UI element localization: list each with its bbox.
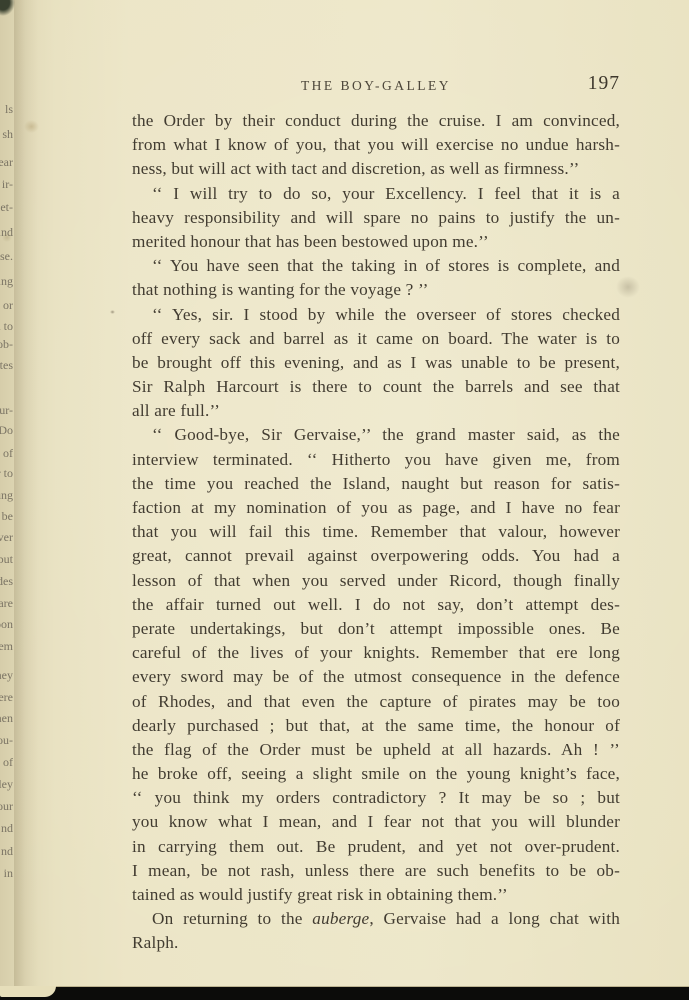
text-line: perate undertakings, but don’t attempt i… — [132, 617, 620, 641]
spine-text-fragment: but — [0, 553, 13, 565]
running-title: THE BOY-GALLEY — [132, 78, 620, 94]
spine-text-fragment: hen — [0, 712, 13, 724]
spine-text-fragment: y of — [0, 447, 13, 459]
text-line: in carrying them out. Be prudent, and ye… — [132, 835, 620, 859]
spine-text-fragment: d to — [0, 320, 13, 332]
text-line: that nothing is wanting for the voyage ?… — [132, 278, 620, 302]
text-line: faction at my nomination of you as page,… — [132, 496, 620, 520]
spine-text-fragment: ob- — [0, 338, 13, 350]
spine-text-fragment: in — [4, 867, 13, 879]
spine-text-fragment: ise. — [0, 250, 13, 262]
text-segment: , Gervaise had a long chat with — [369, 909, 620, 928]
spine-text-fragment: ing — [0, 275, 13, 287]
text-line: great, cannot prevail against overpoweri… — [132, 544, 620, 568]
text-line: interview terminated. ‘‘ Hitherto you ha… — [132, 448, 620, 472]
text-line: Sir Ralph Harcourt is there to count the… — [132, 375, 620, 399]
text-line: Ralph. — [132, 931, 620, 955]
spine-text-fragment: our- — [0, 404, 13, 416]
spine-text-fragment: l be — [0, 510, 13, 522]
text-line: I mean, be not rash, unless there are su… — [132, 859, 620, 883]
text-line: that you will fail this time. Remember t… — [132, 520, 620, 544]
text-line: every sword may be of the utmost consequ… — [132, 665, 620, 689]
text-line: On returning to the auberge, Gervaise ha… — [132, 907, 620, 931]
text-line: the flag of the Order must be upheld at … — [132, 738, 620, 762]
page-number: 197 — [588, 73, 620, 95]
spine-text-fragment: ou- — [0, 734, 13, 746]
text-line: heavy responsibility and will spare no p… — [132, 206, 620, 230]
italic-word: auberge — [312, 909, 369, 928]
spine-text-fragment: nd — [1, 822, 13, 834]
spine-text-fragment: ind — [0, 226, 13, 238]
text-line: all are full.’’ — [132, 399, 620, 423]
text-line: the Order by their conduct during the cr… — [132, 109, 620, 133]
spine-text-fragment: oon — [0, 618, 13, 630]
spine-text-fragment: ear — [0, 156, 13, 168]
spine-text-fragment: hem — [0, 640, 13, 652]
gutter-shadow — [14, 0, 38, 987]
text-line: ‘‘ Yes, sir. I stood by while the overse… — [132, 303, 620, 327]
spine-text-fragment: or — [3, 299, 13, 311]
spine-text-fragment: et- — [0, 201, 13, 213]
spine-text-fragment: ades — [0, 575, 13, 587]
spine-text-fragment: are — [0, 597, 13, 609]
text-line: ‘‘ I will try to do so, your Excellency.… — [132, 182, 620, 206]
spine-text-fragment: oung — [0, 489, 13, 501]
text-line: from what I know of you, that you will e… — [132, 133, 620, 157]
spine-text-fragment: ates — [0, 359, 13, 371]
text-line: merited honour that has been bestowed up… — [132, 230, 620, 254]
text-line: the affair turned out well. I do not say… — [132, 593, 620, 617]
spine-text-fragment: nd — [1, 845, 13, 857]
spine-text-fragment: our — [0, 800, 13, 812]
spine-text-fragment: ir- — [2, 178, 13, 190]
scan-bottom-edge — [0, 987, 689, 1000]
facing-page-edge: lsshearir-et-indise.ingord toob-atesour-… — [0, 0, 14, 987]
text-line: be brought off this evening, and as I wa… — [132, 351, 620, 375]
spine-text-fragment: y of — [0, 756, 13, 768]
text-segment: On returning to the — [152, 909, 312, 928]
text-line: careful of the lives of your knights. Re… — [132, 641, 620, 665]
text-block: the Order by their conduct during the cr… — [132, 109, 620, 956]
text-line: the time you reached the Island, naught … — [132, 472, 620, 496]
spine-text-fragment: ever — [0, 531, 13, 543]
text-line: ‘‘ you think my orders contradictory ? I… — [132, 786, 620, 810]
spine-text-fragment: hey — [0, 669, 13, 681]
text-line: ‘‘ Good-bye, Sir Gervaise,’’ the grand m… — [132, 423, 620, 447]
text-line: he broke off, seeing a slight smile on t… — [132, 762, 620, 786]
book-page-scan: lsshearir-et-indise.ingord toob-atesour-… — [0, 0, 689, 1000]
text-line: you know what I mean, and I fear not tha… — [132, 810, 620, 834]
text-line: ‘‘ You have seen that the taking in of s… — [132, 254, 620, 278]
page-bottom-corner — [0, 986, 56, 997]
text-line: dearly purchased ; but that, at the same… — [132, 714, 620, 738]
spine-text-fragment: were — [0, 691, 13, 703]
spine-text-fragment: ls — [5, 103, 13, 115]
spine-text-fragment: sh — [2, 128, 13, 140]
spine-text-fragment: r to — [0, 467, 13, 479]
text-line: tained as would justify great risk in ob… — [132, 883, 620, 907]
text-line: lesson of that when you served under Ric… — [132, 569, 620, 593]
ink-speck — [110, 310, 115, 314]
text-line: of Rhodes, and that even the capture of … — [132, 690, 620, 714]
page-header: THE BOY-GALLEY 197 — [132, 78, 620, 100]
text-line: off every sack and barrel as it came on … — [132, 327, 620, 351]
spine-text-fragment: ley — [0, 778, 13, 790]
text-line: ness, but will act with tact and discret… — [132, 157, 620, 181]
spine-text-fragment: Do — [0, 424, 13, 436]
